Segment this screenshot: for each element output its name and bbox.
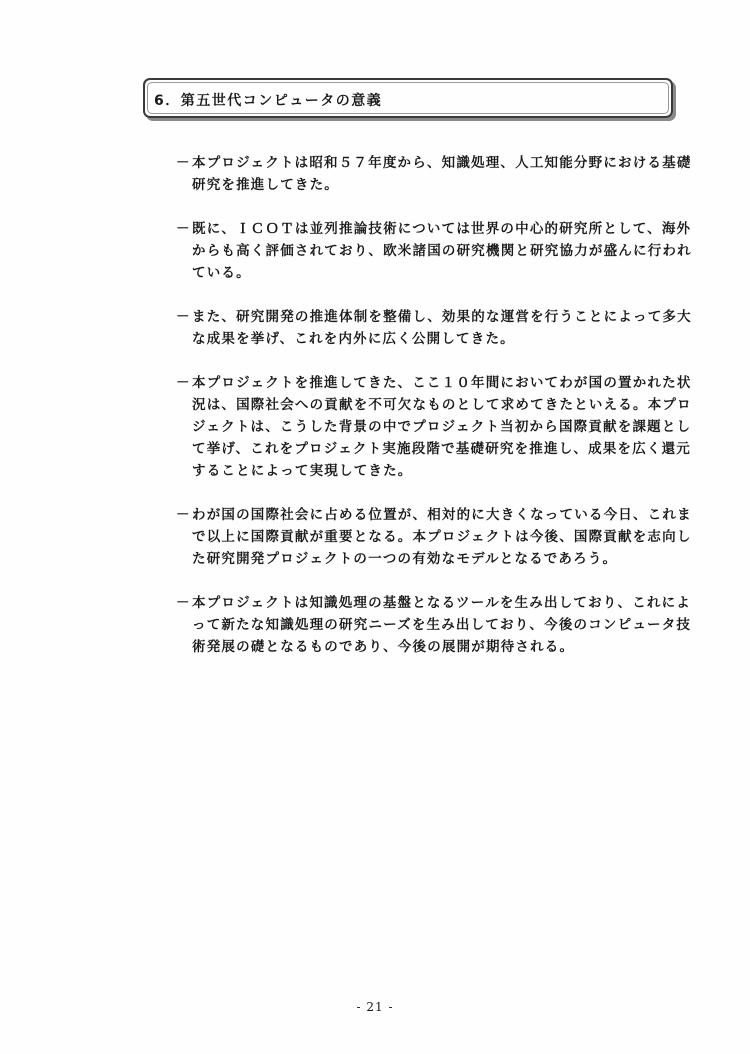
section-heading-box: 6．第五世代コンピュータの意義 bbox=[143, 78, 673, 118]
text-line: て挙げ、これをプロジェクト実施段階で基礎研究を推進し、成果を広く還元 bbox=[192, 438, 686, 460]
text-line: って新たな知識処理の研究ニーズを生み出しており、今後のコンピュータ技 bbox=[192, 614, 686, 636]
paragraph-4: － 本プロジェクトを推進してきた、ここ１０年間においてわが国の置かれた状 況は、… bbox=[176, 372, 686, 482]
text-line: た研究開発プロジェクトの一つの有効なモデルとなるであろう。 bbox=[192, 548, 686, 570]
text-line: 本プロジェクトは知識処理の基盤となるツールを生み出しており、これによ bbox=[192, 592, 686, 614]
text-line: 既に、ＩＣＯＴは並列推論技術については世界の中心的研究所として、海外 bbox=[192, 218, 686, 240]
text-line: 況は、国際社会への貢献を不可欠なものとして求めてきたといえる。本プロ bbox=[192, 394, 686, 416]
text-line: な成果を挙げ、これを内外に広く公開してきた。 bbox=[192, 328, 686, 350]
text-line: 研究を推進してきた。 bbox=[192, 174, 686, 196]
text-line: ジェクトは、こうした背景の中でプロジェクト当初から国際貢献を課題とし bbox=[192, 416, 686, 438]
paragraph-5: － わが国の国際社会に占める位置が、相対的に大きくなっている今日、これま で以上… bbox=[176, 504, 686, 570]
text-line: することによって実現してきた。 bbox=[192, 460, 686, 482]
bullet-dash: － bbox=[176, 372, 190, 394]
paragraph-2: － 既に、ＩＣＯＴは並列推論技術については世界の中心的研究所として、海外 からも… bbox=[176, 218, 686, 284]
bullet-dash: － bbox=[176, 504, 190, 526]
text-line: で以上に国際貢献が重要となる。本プロジェクトは今後、国際貢献を志向し bbox=[192, 526, 686, 548]
text-line: また、研究開発の推進体制を整備し、効果的な運営を行うことによって多大 bbox=[192, 306, 686, 328]
text-line: からも高く評価されており、欧米諸国の研究機関と研究協力が盛んに行われ bbox=[192, 240, 686, 262]
section-heading: 6．第五世代コンピュータの意義 bbox=[154, 90, 382, 110]
bullet-dash: － bbox=[176, 218, 190, 240]
paragraph-6: － 本プロジェクトは知識処理の基盤となるツールを生み出しており、これによ って新… bbox=[176, 592, 686, 658]
text-line: わが国の国際社会に占める位置が、相対的に大きくなっている今日、これま bbox=[192, 504, 686, 526]
bullet-dash: － bbox=[176, 306, 190, 328]
text-line: 術発展の礎となるものであり、今後の展開が期待される。 bbox=[192, 636, 686, 658]
paragraph-1: － 本プロジェクトは昭和５７年度から、知識処理、人工知能分野における基礎 研究を… bbox=[176, 152, 686, 196]
text-line: 本プロジェクトは昭和５７年度から、知識処理、人工知能分野における基礎 bbox=[192, 152, 686, 174]
document-page: 6．第五世代コンピュータの意義 － 本プロジェクトは昭和５７年度から、知識処理、… bbox=[0, 0, 750, 1054]
text-line: ている。 bbox=[192, 262, 686, 284]
paragraph-3: － また、研究開発の推進体制を整備し、効果的な運営を行うことによって多大 な成果… bbox=[176, 306, 686, 350]
bullet-dash: － bbox=[176, 592, 190, 614]
bullet-dash: － bbox=[176, 152, 190, 174]
text-line: 本プロジェクトを推進してきた、ここ１０年間においてわが国の置かれた状 bbox=[192, 372, 686, 394]
page-number: - 21 - bbox=[0, 1000, 750, 1014]
document-body: － 本プロジェクトは昭和５７年度から、知識処理、人工知能分野における基礎 研究を… bbox=[176, 152, 686, 680]
